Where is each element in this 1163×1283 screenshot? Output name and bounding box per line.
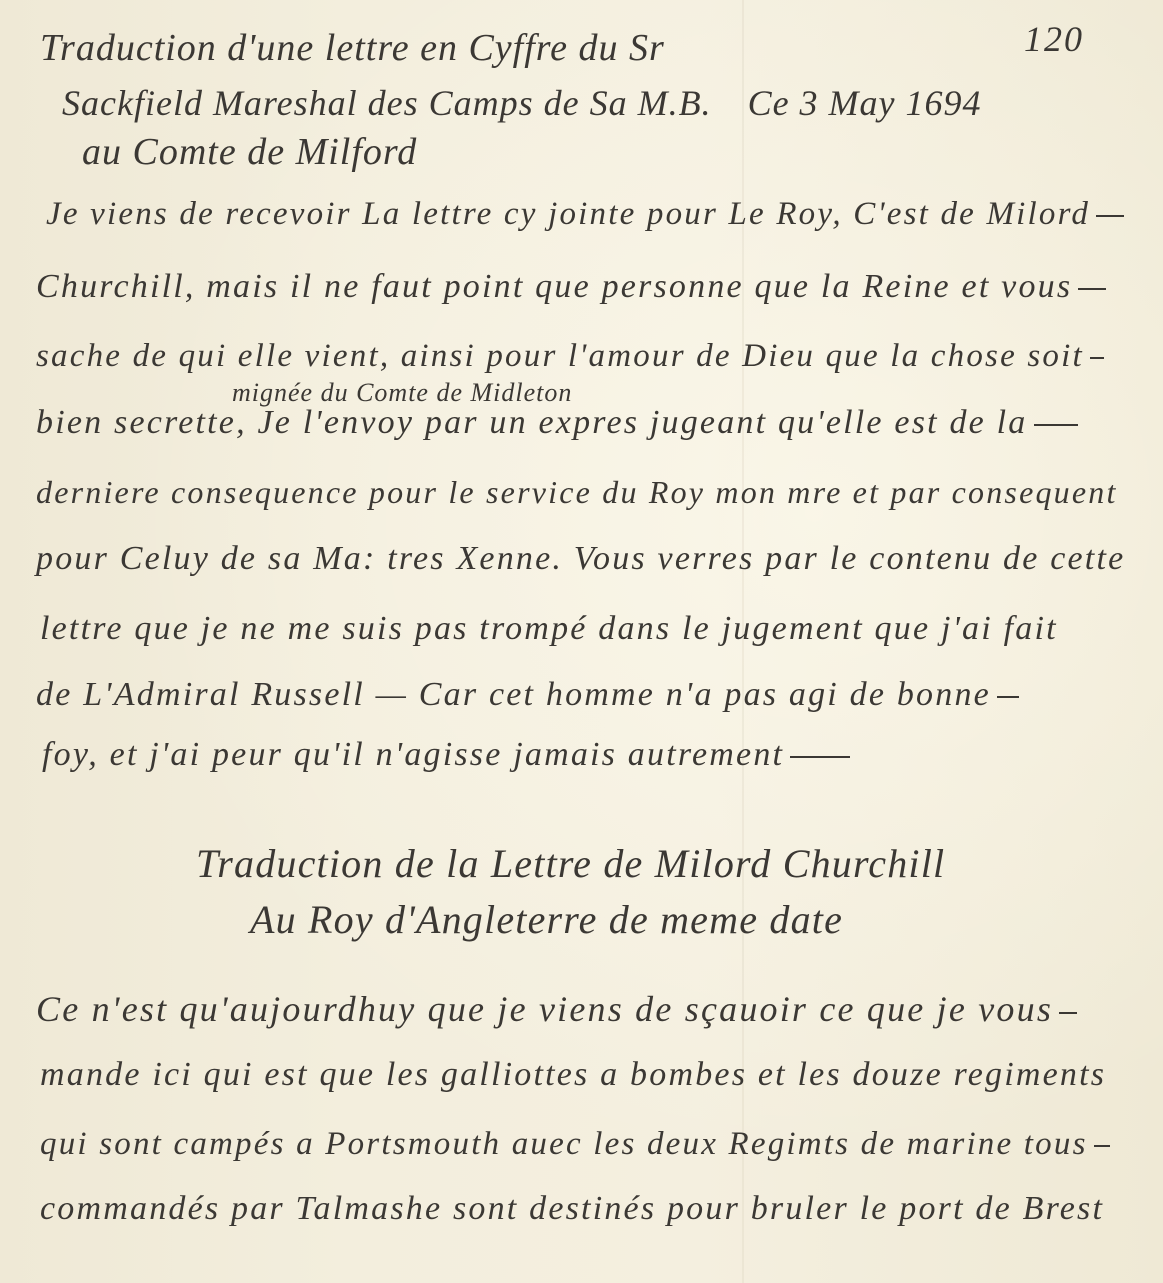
letter2-line-3-text: qui sont campés a Portsmouth auec les de… (40, 1126, 1088, 1162)
letter2-line-2: mande ici qui est que les galliottes a b… (40, 1056, 1106, 1094)
letter1-line-8-text: de L'Admiral Russell — Car cet homme n'a… (36, 676, 991, 713)
letter1-line-7: lettre que je ne me suis pas trompé dans… (40, 610, 1058, 648)
letter1-line-1: Je viens de recevoir La lettre cy jointe… (46, 196, 1124, 233)
letter2-line-3: qui sont campés a Portsmouth auec les de… (40, 1126, 1110, 1163)
header-sender: Sackfield Mareshal des Camps de Sa M.B. (62, 83, 712, 123)
letter1-line-6: pour Celuy de sa Ma: tres Xenne. Vous ve… (36, 540, 1125, 578)
letter1-line-9: foy, et j'ai peur qu'il n'agisse jamais … (42, 736, 850, 774)
line-filler-dash (790, 756, 850, 758)
line-filler-dash (1094, 1145, 1110, 1147)
line-filler-dash (1059, 1012, 1077, 1014)
header-line-1: Traduction d'une lettre en Cyffre du Sr (40, 26, 665, 70)
letter2-line-4: commandés par Talmashe sont destinés pou… (40, 1190, 1104, 1228)
letter1-line-3: sache de qui elle vient, ainsi pour l'am… (36, 338, 1104, 375)
letter1-line-3-text: sache de qui elle vient, ainsi pour l'am… (36, 338, 1084, 374)
letter1-line-2-text: Churchill, mais il ne faut point que per… (36, 268, 1072, 305)
letter1-line-4-text: bien secrette, Je l'envoy par un expres … (36, 404, 1028, 441)
letter2-title-line-2: Au Roy d'Angleterre de meme date (250, 896, 843, 943)
letter2-title-line-1: Traduction de la Lettre de Milord Church… (196, 840, 945, 887)
letter1-line-1-text: Je viens de recevoir La lettre cy jointe… (46, 196, 1090, 232)
line-filler-dash (1034, 424, 1078, 426)
header-date: Ce 3 May 1694 (748, 83, 982, 123)
letter1-line-9-text: foy, et j'ai peur qu'il n'agisse jamais … (42, 736, 784, 773)
header-line-2: Sackfield Mareshal des Camps de Sa M.B. … (62, 82, 982, 124)
letter1-line-5: derniere consequence pour le service du … (36, 474, 1118, 511)
letter1-line-4: bien secrette, Je l'envoy par un expres … (36, 404, 1078, 442)
letter2-line-1: Ce n'est qu'aujourdhuy que je viens de s… (36, 988, 1077, 1030)
letter1-line-2: Churchill, mais il ne faut point que per… (36, 268, 1106, 306)
header-recipient: au Comte de Milford (82, 130, 417, 174)
line-filler-dash (1090, 357, 1104, 359)
line-filler-dash (1078, 288, 1106, 290)
line-filler-dash (1096, 215, 1124, 217)
letter2-line-1-text: Ce n'est qu'aujourdhuy que je viens de s… (36, 989, 1053, 1029)
letter1-line-8: de L'Admiral Russell — Car cet homme n'a… (36, 676, 1019, 714)
page-number: 120 (1024, 18, 1084, 60)
line-filler-dash (997, 696, 1019, 698)
manuscript-page: 120 Traduction d'une lettre en Cyffre du… (0, 0, 1163, 1283)
